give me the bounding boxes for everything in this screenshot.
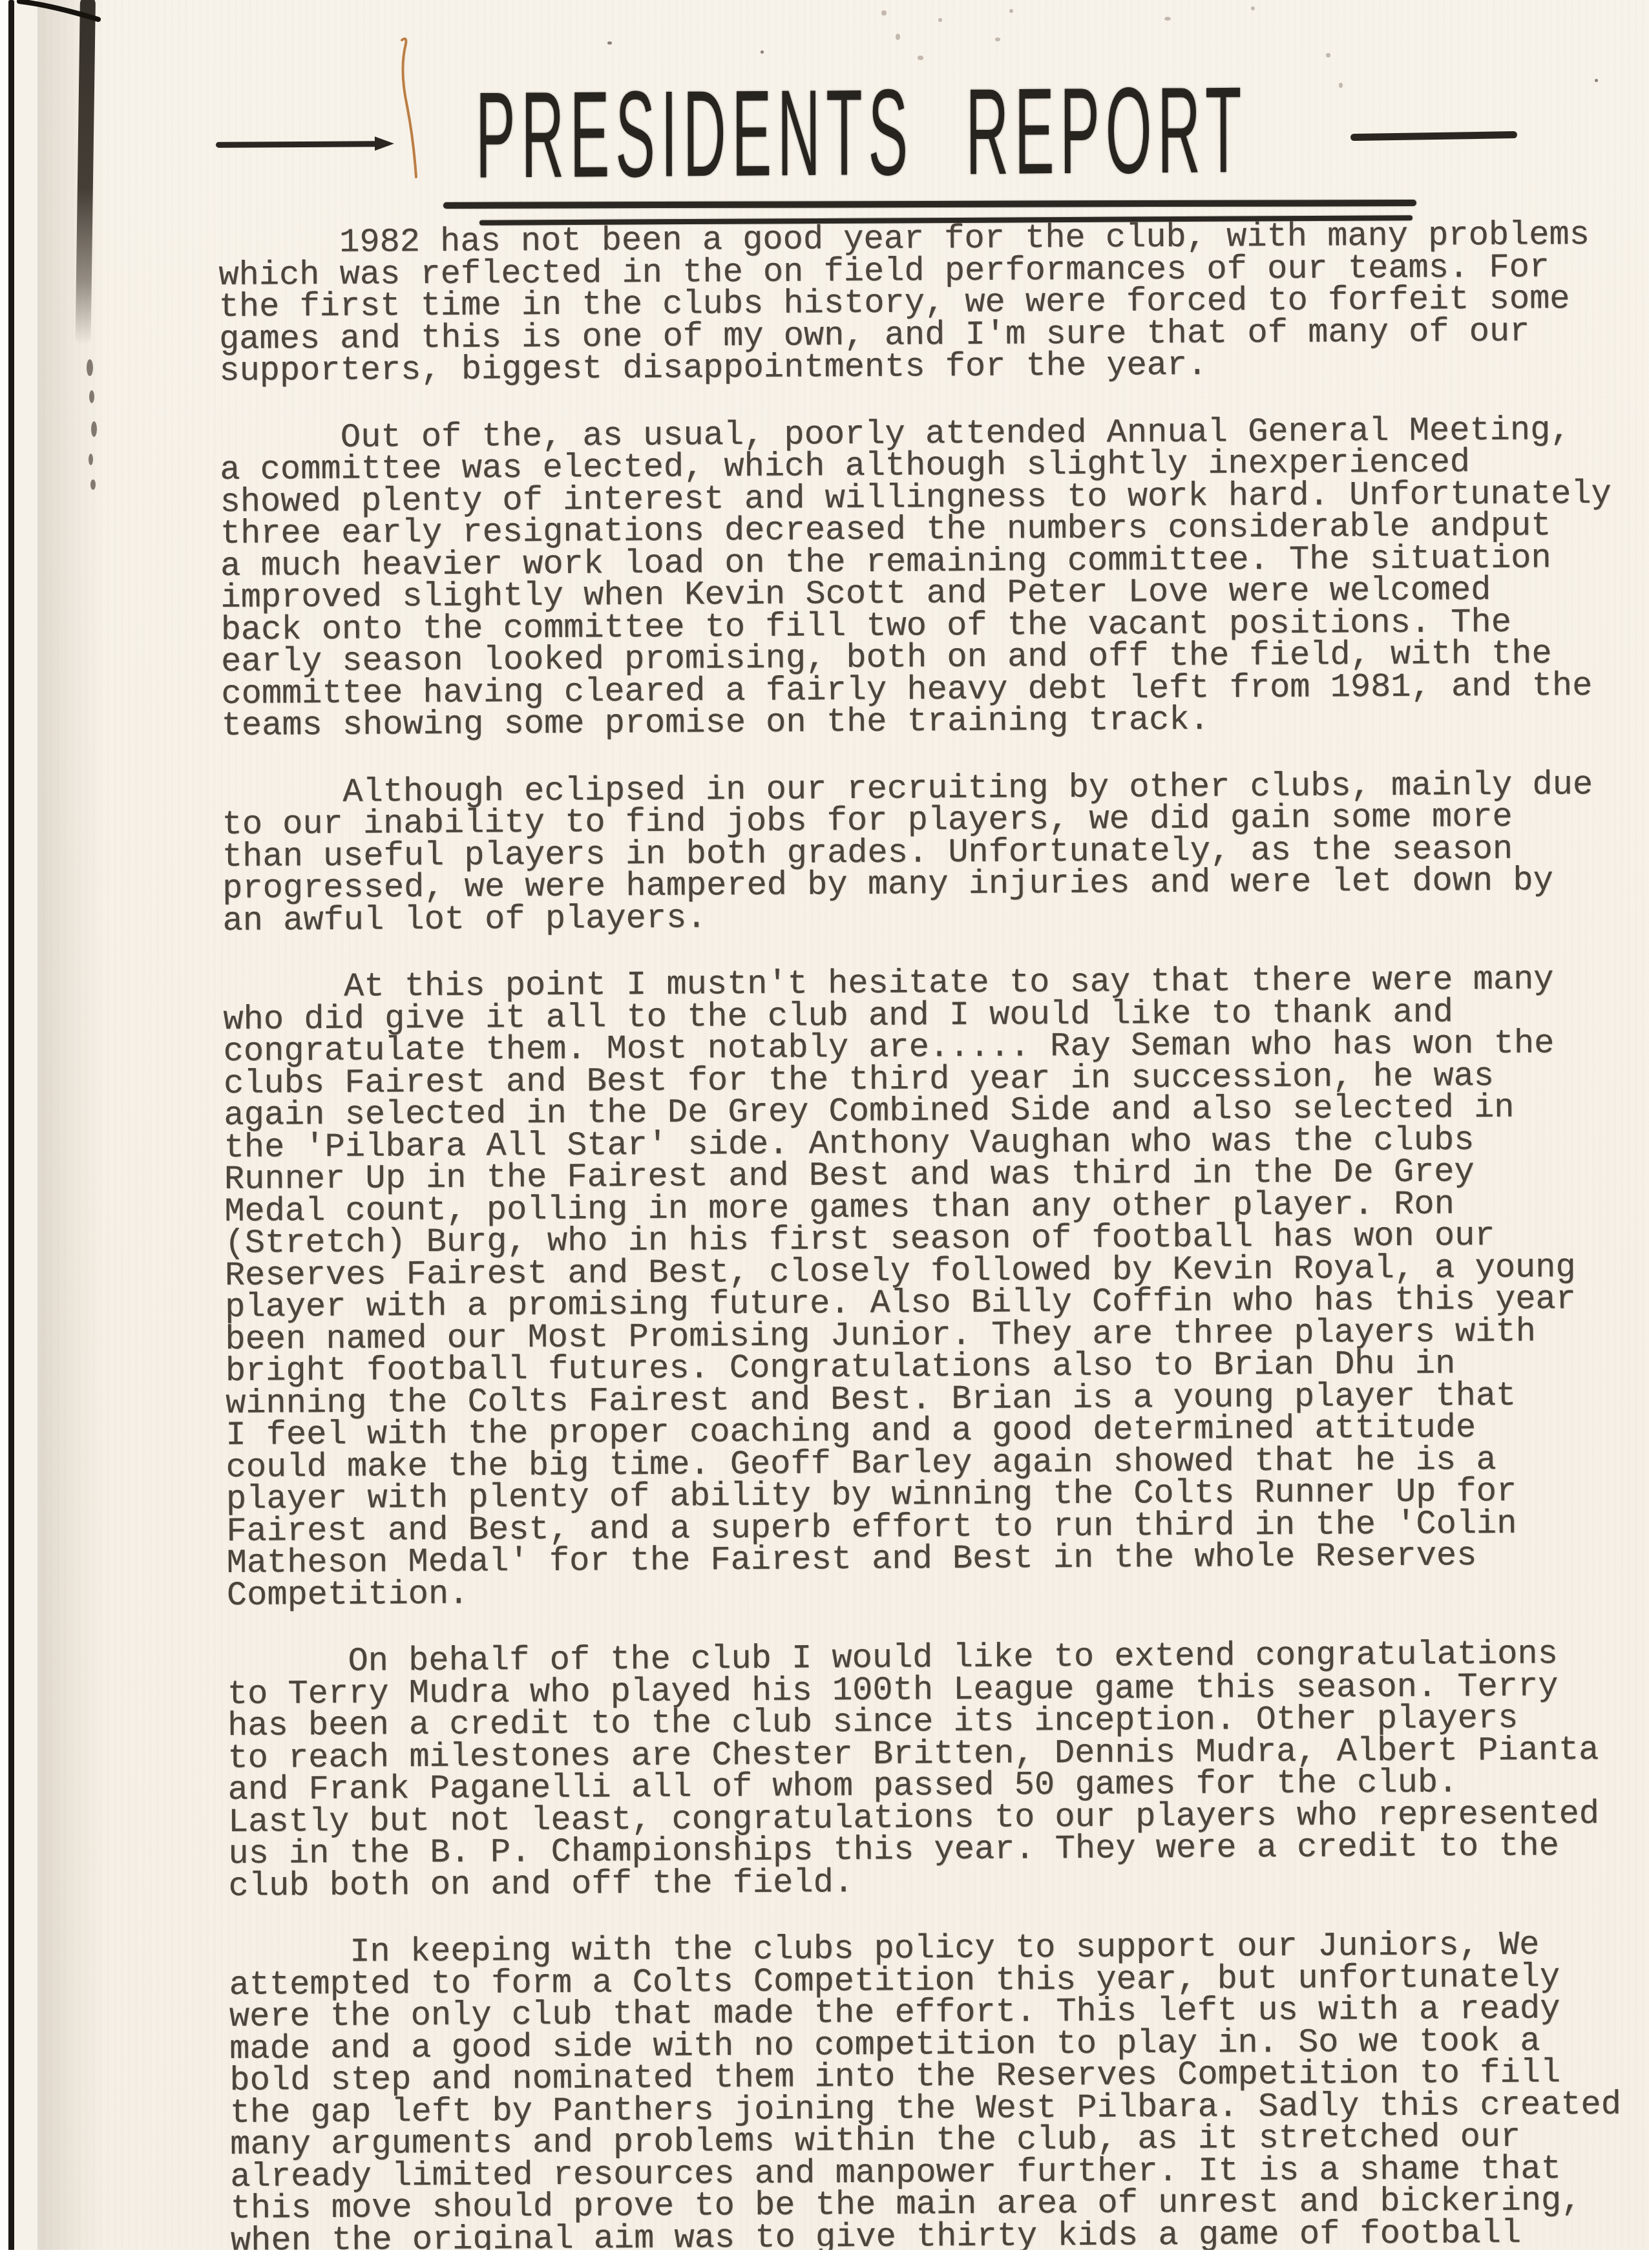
text-line: teams showing some promise on the traini… [222, 701, 1649, 742]
pencil-speck [938, 18, 942, 22]
pencil-speck [1326, 53, 1330, 58]
ink-speck [1595, 79, 1598, 82]
smudge-spot [90, 479, 96, 490]
scanner-edge-gap [14, 0, 40, 2268]
text-line: progressed, we were hampered by many inj… [222, 864, 1649, 905]
text-line: supporters, biggest disappointments for … [219, 346, 1647, 387]
pencil-speck [1251, 6, 1255, 10]
pencil-speck [918, 56, 923, 60]
paragraph: Out of the, as usual, poorly attended An… [220, 414, 1649, 742]
pencil-speck [1339, 83, 1343, 88]
scanner-edge-black-strip [8, 0, 14, 2268]
right-dash [1350, 131, 1517, 141]
pencil-speck [995, 37, 1000, 41]
left-dash-arrow [216, 141, 377, 147]
paragraph: 1982 has not been a good year for the cl… [218, 218, 1647, 387]
smudge-spot [89, 454, 93, 465]
page-title-text: PRESIDENTS REPORT [476, 69, 1247, 197]
pencil-speck [1164, 17, 1171, 21]
smudge-spot [91, 421, 97, 437]
ink-speck [761, 50, 764, 54]
hair-crease-mark [0, 0, 517, 207]
text-line: us in the B. P. Championships this year.… [228, 1829, 1649, 1870]
scanned-document-page: PRESIDENTS REPORT 1982 has not been a go… [0, 0, 1649, 2268]
report-body: 1982 has not been a good year for the cl… [218, 218, 1649, 2256]
smudge-spot [89, 390, 94, 403]
paragraph: Although eclipsed in our recruiting by o… [222, 768, 1649, 937]
page-title: PRESIDENTS REPORT [476, 75, 1247, 198]
arrowhead-icon [375, 136, 394, 151]
pencil-speck [1009, 9, 1013, 13]
ink-speck [607, 41, 612, 45]
scanner-edge-white [0, 0, 8, 2268]
paragraph: On behalf of the club I would like to ex… [227, 1637, 1649, 1902]
pencil-speck [881, 10, 887, 16]
smudge-spot [87, 359, 93, 376]
binding-shadow-band [37, 0, 105, 2268]
paragraph: At this point I mustn't hesitate to say … [223, 963, 1649, 1611]
text-line: Matheson Medal' for the Fairest and Best… [226, 1538, 1649, 1579]
scanner-bottom-cutoff [0, 2250, 1649, 2268]
pencil-speck [896, 34, 900, 40]
paragraph: In keeping with the clubs policy to supp… [229, 1928, 1649, 2256]
